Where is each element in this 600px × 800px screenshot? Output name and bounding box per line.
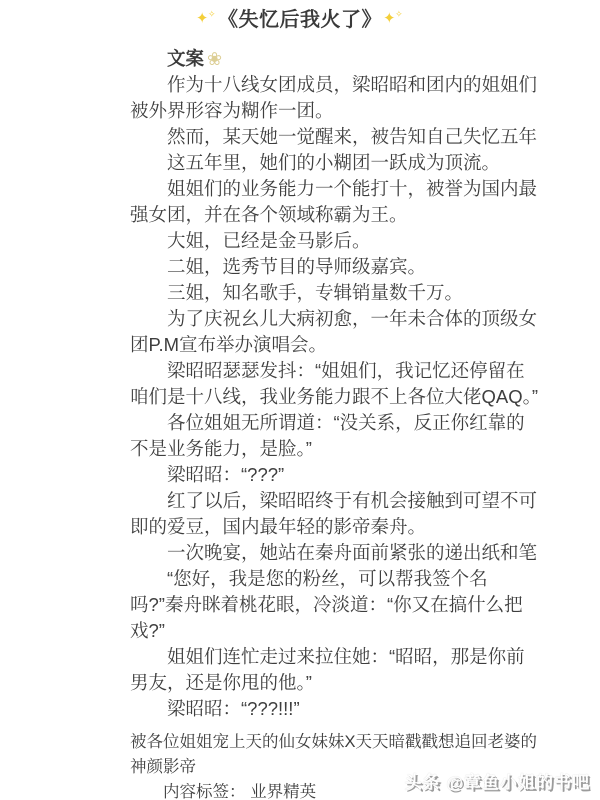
toutiao-watermark: 头条 @章鱼小姐的书吧	[405, 768, 590, 793]
section-header: 文案❀	[130, 46, 542, 72]
synopsis-paragraph: 然而，某天她一觉醒来，被告知自己失忆五年	[130, 124, 542, 150]
synopsis-paragraph: 二姐，选秀节目的导师级嘉宾。	[130, 254, 542, 280]
daisy-flower-icon: ❀	[207, 49, 222, 69]
synopsis-paragraph: 姐姐们连忙走过来拉住她：“昭昭，那是你前男友，还是你甩的他。”	[130, 644, 542, 696]
synopsis-paragraph: 姐姐们的业务能力一个能打十，被誉为国内最强女团，并在各个领域称霸为王。	[130, 176, 542, 228]
synopsis-paragraph: 梁昭昭：“???”	[130, 462, 542, 488]
synopsis-paragraph: 三姐，知名歌手，专辑销量数千万。	[130, 280, 542, 306]
synopsis-paragraph: 为了庆祝幺儿大病初愈，一年未合体的顶级女团P.M宣布举办演唱会。	[130, 306, 542, 358]
sparkle-icon: ✦	[383, 10, 404, 27]
section-label: 文案	[167, 48, 204, 69]
novel-intro-page: ✦《失忆后我火了》✦ 文案❀ 作为十八线女团成员，梁昭昭和团内的姐姐们被外界形容…	[0, 0, 600, 800]
synopsis-paragraph: 作为十八线女团成员，梁昭昭和团内的姐姐们被外界形容为糊作一团。	[130, 72, 542, 124]
synopsis-paragraph: 各位姐姐无所谓道：“没关系，反正你红靠的不是业务能力，是脸。”	[130, 410, 542, 462]
synopsis-paragraph: 梁昭昭瑟瑟发抖：“姐姐们，我记忆还停留在咱们是十八线，我业务能力跟不上各位大佬Q…	[130, 358, 542, 410]
sparkle-icon: ✦	[196, 10, 217, 27]
page-title: ✦《失忆后我火了》✦	[0, 3, 600, 32]
synopsis-paragraph: 大姐，已经是金马影后。	[130, 228, 542, 254]
novel-title: 《失忆后我火了》	[218, 9, 382, 31]
synopsis-paragraph: 梁昭昭：“???!!!”	[130, 696, 542, 722]
synopsis-paragraph: 这五年里，她们的小糊团一跃成为顶流。	[130, 150, 542, 176]
synopsis-paragraph: “您好，我是您的粉丝，可以帮我签个名	[130, 566, 542, 592]
synopsis-paragraph: 一次晚宴，她站在秦舟面前紧张的递出纸和笔	[130, 540, 542, 566]
synopsis-body: 文案❀ 作为十八线女团成员，梁昭昭和团内的姐姐们被外界形容为糊作一团。 然而，某…	[130, 46, 542, 800]
synopsis-paragraph: 红了以后，梁昭昭终于有机会接触到可望不可即的爱豆，国内最年轻的影帝秦舟。	[130, 488, 542, 540]
synopsis-paragraph: 吗?”秦舟眯着桃花眼，冷淡道：“你又在搞什么把戏?”	[130, 592, 542, 644]
